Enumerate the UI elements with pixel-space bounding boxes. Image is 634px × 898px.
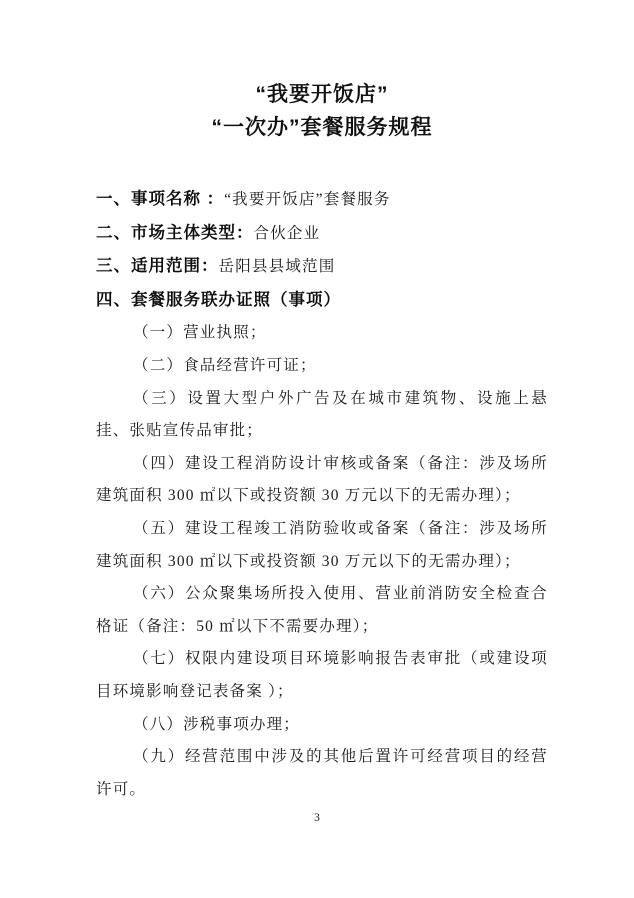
page-footer: 3 (0, 812, 634, 824)
section-heading-value: 合伙企业 (254, 225, 321, 242)
title-line-1: “我要开饭店” (96, 78, 548, 111)
list-item-2: （二）食品经营许可证； (96, 350, 548, 383)
document-title: “我要开饭店” “一次办”套餐服务规程 (96, 78, 548, 144)
title-line-2: “一次办”套餐服务规程 (96, 111, 548, 144)
document-body: 一、事项名称 ：“我要开饭店”套餐服务 二、市场主体类型：合伙企业 三、适用范围… (96, 183, 548, 806)
section-heading-1: 一、事项名称 ：“我要开饭店”套餐服务 (96, 183, 548, 217)
list-item-4: （四）建设工程消防设计审核或备案（备注：涉及场所建筑面积 300 ㎡以下或投资额… (96, 448, 548, 513)
list-item-3: （三）设置大型户外广告及在城市建筑物、设施上悬挂、张贴宣传品审批； (96, 383, 548, 448)
section-heading-value: “我要开饭店”套餐服务 (224, 191, 390, 208)
list-item-7: （七）权限内建设项目环境影响报告表审批（或建设项目环境影响登记表备案 ）； (96, 643, 548, 708)
list-item-8: （八）涉税事项办理； (96, 709, 548, 742)
list-item-5: （五）建设工程竣工消防验收或备案（备注：涉及场所建筑面积 300 ㎡以下或投资额… (96, 513, 548, 578)
section-heading-2: 二、市场主体类型：合伙企业 (96, 217, 548, 251)
list-item-1: （一）营业执照； (96, 317, 548, 350)
list-item-6: （六）公众聚集场所投入使用、营业前消防安全检查合格证（备注：50 ㎡以下不需要办… (96, 578, 548, 643)
section-heading-label: 四、套餐服务联办证照（事项） (96, 291, 341, 309)
section-heading-value: 岳阳县县域范围 (219, 258, 336, 275)
section-heading-label: 一、事项名称 ： (96, 190, 224, 208)
section-heading-label: 二、市场主体类型： (96, 224, 254, 242)
document-page: “我要开饭店” “一次办”套餐服务规程 一、事项名称 ：“我要开饭店”套餐服务 … (0, 0, 634, 898)
list-item-9: （九）经营范围中涉及的其他后置许可经营项目的经营许可。 (96, 741, 548, 806)
section-heading-label: 三、适用范围： (96, 257, 219, 275)
section-heading-3: 三、适用范围：岳阳县县域范围 (96, 250, 548, 284)
page-number: 3 (314, 812, 320, 824)
section-heading-4: 四、套餐服务联办证照（事项） (96, 284, 548, 318)
